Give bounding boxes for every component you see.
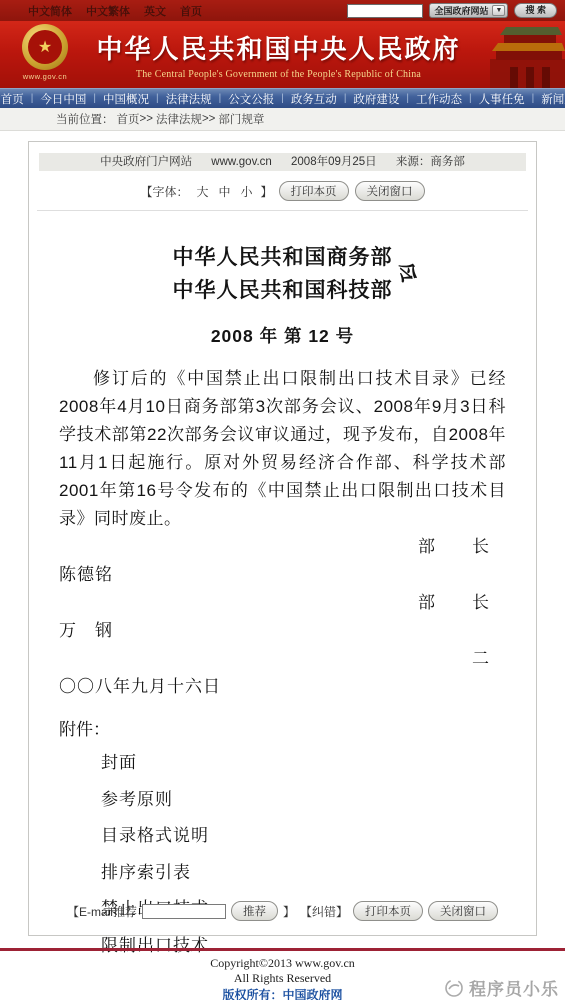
tiananmen-decoration-icon <box>470 21 565 88</box>
decree-title-block: 中华人民共和国商务部 中华人民共和国科技部 令 <box>59 241 506 307</box>
search-input[interactable] <box>347 4 423 18</box>
font-size-large[interactable]: 大 <box>196 183 208 200</box>
attachment-link-format[interactable]: 目录格式说明 <box>101 826 209 845</box>
error-correction-link[interactable]: 【纠错】 <box>300 903 348 920</box>
footer-gov-site-link[interactable]: 中国政府网 <box>283 988 343 1000</box>
nav-item-today-china[interactable]: 今日中国 <box>33 91 93 107</box>
lang-link-traditional[interactable]: 中文繁体 <box>86 3 130 19</box>
home-link[interactable]: 首页 <box>180 3 202 19</box>
nav-item-official-documents[interactable]: 公文公报 <box>221 91 281 107</box>
page-action-bar: 【E-mail推荐 推荐 】 【纠错】 打印本页 关闭窗口 <box>29 901 536 921</box>
signature-date-wrap-char: 二 <box>59 645 506 673</box>
emblem-star-glyph: ★ <box>38 37 52 57</box>
close-window-button[interactable]: 关闭窗口 <box>355 181 425 201</box>
chevron-down-icon[interactable]: ▼ <box>492 5 505 16</box>
attachment-link-principles[interactable]: 参考原则 <box>101 790 173 809</box>
email-bracket-close: 】 <box>283 903 295 920</box>
site-logo: ★ www.gov.cn <box>16 24 74 81</box>
footer-copyright: Copyright©2013 www.gov.cn <box>0 956 565 971</box>
meta-source: 来源：商务部 <box>396 156 465 168</box>
breadcrumb-separator: >> <box>140 113 153 125</box>
attachment-link-cover[interactable]: 封面 <box>101 753 137 772</box>
main-navigation: 网站首页| 今日中国| 中国概况| 法律法规| 公文公报| 政务互动| 政府建设… <box>0 88 565 108</box>
nav-item-site-home[interactable]: 网站首页 <box>0 91 31 107</box>
attachments-label: 附件： <box>59 715 506 745</box>
print-page-button-bottom[interactable]: 打印本页 <box>353 901 423 921</box>
search-cluster: 全国政府网站 ▼ 搜 索 <box>347 3 557 18</box>
email-recommend-input[interactable] <box>142 904 226 919</box>
nav-item-gov-building[interactable]: 政府建设 <box>346 91 406 107</box>
watermark-text: 程序员小乐 <box>469 975 559 1000</box>
logo-url-text: www.gov.cn <box>16 72 74 81</box>
lang-link-english[interactable]: 英文 <box>144 3 166 19</box>
decree-number: 2008 年 第 12 号 <box>59 323 506 348</box>
nav-item-press-release[interactable]: 新闻发布 <box>534 91 565 107</box>
signature-name-1: 陈德铭 <box>59 561 506 589</box>
article-meta-bar: 中央政府门户网站 www.gov.cn 2008年09月25日 来源：商务部 <box>39 153 526 171</box>
meta-portal: 中央政府门户网站 <box>100 156 192 168</box>
breadcrumb-separator: >> <box>202 113 215 125</box>
gov-sites-dropdown[interactable]: 全国政府网站 ▼ <box>429 3 508 18</box>
decree-title-line1: 中华人民共和国商务部 <box>59 241 506 274</box>
decree-title-line2: 中华人民共和国科技部 <box>59 274 506 307</box>
national-emblem-icon: ★ <box>22 24 68 70</box>
search-button[interactable]: 搜 索 <box>514 3 557 18</box>
footer-cn-label: 版权所有： <box>222 988 282 1000</box>
watermark: 程序员小乐 <box>443 975 559 1000</box>
font-label-open: 【字体： <box>140 183 188 200</box>
email-recommend-label: 【E-mail推荐 <box>67 903 137 920</box>
watermark-logo-icon <box>443 977 465 999</box>
nav-item-china-overview[interactable]: 中国概况 <box>96 91 156 107</box>
print-page-button[interactable]: 打印本页 <box>279 181 349 201</box>
toolbar-divider <box>37 210 528 211</box>
site-title: 中华人民共和国中央人民政府 <box>80 29 477 66</box>
close-window-button-bottom[interactable]: 关闭窗口 <box>428 901 498 921</box>
breadcrumb-home-link[interactable]: 首页 <box>117 111 140 127</box>
site-title-english: The Central People's Government of the P… <box>80 69 477 80</box>
article-body: 中华人民共和国商务部 中华人民共和国科技部 令 2008 年 第 12 号 修订… <box>29 241 536 964</box>
breadcrumb-current: 部门规章 <box>218 111 264 127</box>
breadcrumb-category-link[interactable]: 法律法规 <box>156 111 202 127</box>
nav-item-personnel[interactable]: 人事任免 <box>472 91 532 107</box>
attachment-link-index[interactable]: 排序索引表 <box>101 863 191 882</box>
attachment-item: 目录格式说明 <box>59 818 506 855</box>
breadcrumb-label: 当前位置： <box>56 111 114 127</box>
gov-sites-dropdown-label: 全国政府网站 <box>434 4 488 17</box>
meta-site: www.gov.cn <box>211 156 272 168</box>
recommend-button[interactable]: 推荐 <box>231 901 278 921</box>
attachment-item: 排序索引表 <box>59 855 506 892</box>
meta-date: 2008年09月25日 <box>291 156 377 168</box>
nav-item-laws[interactable]: 法律法规 <box>159 91 219 107</box>
signature-title-1: 部 长 <box>59 533 506 561</box>
banner-titles: 中华人民共和国中央人民政府 The Central People's Gover… <box>80 29 477 80</box>
font-size-small[interactable]: 小 <box>241 183 253 200</box>
lang-link-simplified[interactable]: 中文简体 <box>28 3 72 19</box>
signature-date: 〇〇八年九月十六日 <box>59 673 506 701</box>
site-banner: ★ www.gov.cn 中华人民共和国中央人民政府 The Central P… <box>0 21 565 88</box>
decree-paragraph: 修订后的《中国禁止出口限制出口技术目录》已经2008年4月10日商务部第3次部务… <box>59 365 506 533</box>
font-size-medium[interactable]: 中 <box>218 183 230 200</box>
font-label-close: 】 <box>261 183 273 200</box>
signature-title-2: 部 长 <box>59 589 506 617</box>
attachment-item: 参考原则 <box>59 782 506 819</box>
top-utility-bar: 中文简体 中文繁体 英文 首页 全国政府网站 ▼ 搜 索 <box>0 0 565 21</box>
nav-item-work-news[interactable]: 工作动态 <box>409 91 469 107</box>
attachment-item: 封面 <box>59 745 506 782</box>
signature-name-2: 万 钢 <box>59 617 506 645</box>
article-toolbar: 【字体： 大 中 小 】 打印本页 关闭窗口 <box>29 181 536 201</box>
breadcrumb: 当前位置： 首页 >> 法律法规 >> 部门规章 <box>0 108 565 131</box>
nav-item-gov-interaction[interactable]: 政务互动 <box>284 91 344 107</box>
article-frame: 中央政府门户网站 www.gov.cn 2008年09月25日 来源：商务部 【… <box>28 141 537 936</box>
